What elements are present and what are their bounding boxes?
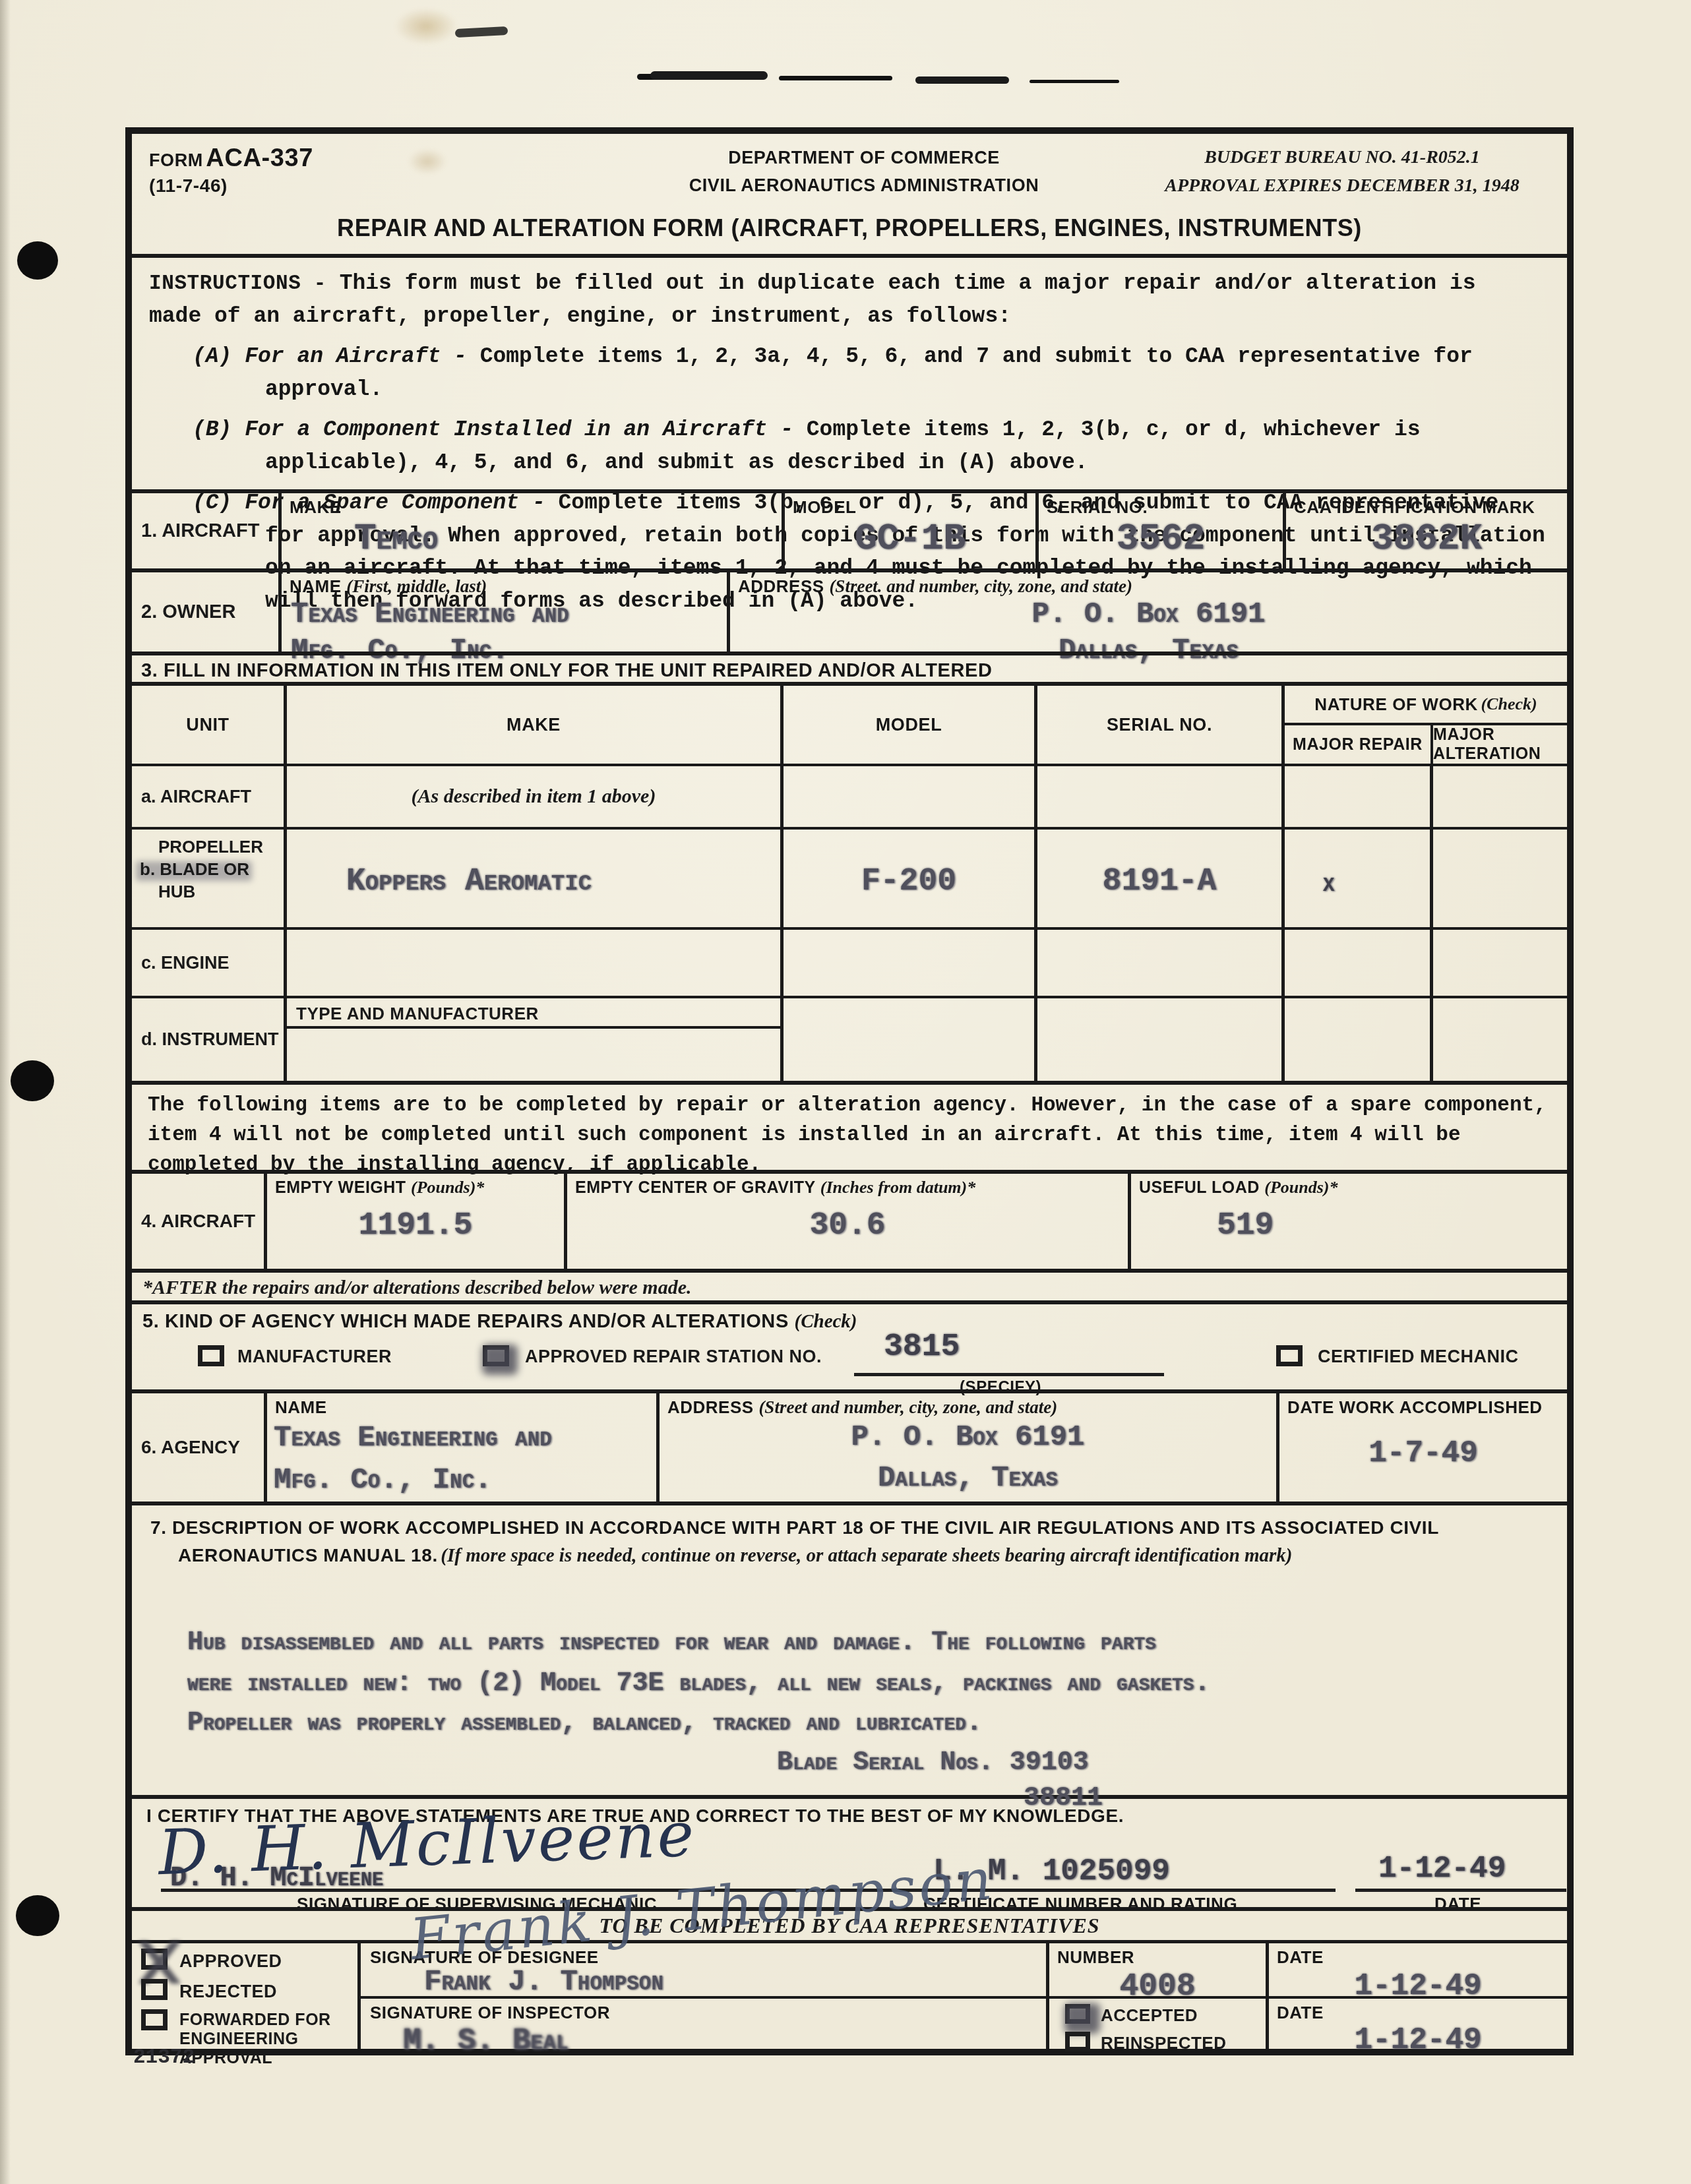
caa-number-column: NUMBER 4008 ACCEPTED REINSPECTED: [1046, 1943, 1266, 2049]
repair-station-label: APPROVED REPAIR STATION NO.: [525, 1347, 822, 1367]
work-line2: were installed new: two (2) Model 73E bl…: [187, 1669, 1210, 1699]
owner-address-label: ADDRESS (Street. and number, city, zone,…: [730, 572, 1567, 597]
table-row-propeller: PROPELLER b. BLADE OR HUB Koppers Aeroma…: [132, 827, 1567, 927]
row-b-model-cell: F-200: [780, 830, 1034, 927]
item2-label: 2. OWNER: [132, 572, 278, 652]
date-work-accomplished-cell: DATE WORK ACCOMPLISHED 1-7-49: [1276, 1393, 1567, 1501]
item4-label: 4. AIRCRAFT: [132, 1174, 264, 1269]
manufacturer-label: MANUFACTURER: [237, 1347, 392, 1367]
rejected-label: REJECTED: [179, 1982, 277, 2002]
form-title: REPAIR AND ALTERATION FORM (AIRCRAFT, PR…: [132, 214, 1567, 242]
work-line5: 38811: [1024, 1784, 1103, 1813]
approved-label: APPROVED: [179, 1951, 282, 1972]
department-block: DEPARTMENT OF COMMERCE CIVIL AERONAUTICS…: [613, 144, 1115, 200]
owner-address-hint: (Street. and number, city, zone, and sta…: [829, 576, 1132, 596]
certify-date-value: 1-12-49: [1378, 1852, 1506, 1886]
nature-of-work-header: NATURE OF WORK (Check): [1285, 686, 1567, 725]
check-mark: [1064, 2003, 1100, 2034]
designee-name-typed: Frank J. Thompson: [424, 1966, 663, 1999]
inspector-cell: SIGNATURE OF INSPECTOR M. S. Beal: [361, 1999, 1046, 2046]
agency-name-label: NAME: [267, 1393, 656, 1418]
accepted-label: ACCEPTED: [1101, 2005, 1198, 2026]
item1-caa-mark-cell: CAA IDENTIFICATION MARK 3862K: [1283, 493, 1567, 568]
useful-load-label: USEFUL LOAD (Pounds)*: [1131, 1174, 1567, 1198]
item2-address-cell: ADDRESS (Street. and number, city, zone,…: [727, 572, 1567, 652]
instructions-label: INSTRUCTIONS -: [149, 272, 326, 295]
check-mark: [135, 1941, 184, 1984]
forwarded-checkbox: [141, 2009, 168, 2030]
accepted-cell: ACCEPTED REINSPECTED: [1049, 1999, 1266, 2046]
date-work-value: 1-7-49: [1279, 1418, 1567, 1471]
inspector-label: SIGNATURE OF INSPECTOR: [361, 1999, 1046, 2023]
col-serial: SERIAL NO.: [1034, 686, 1281, 764]
owner-address-line1: P. O. Box 6191: [730, 597, 1567, 633]
col-make: MAKE: [284, 686, 780, 764]
agency-address-cell: ADDRESS (Street and number, city, zone, …: [656, 1393, 1276, 1501]
empty-weight-label: EMPTY WEIGHT (Pounds)*: [267, 1174, 564, 1198]
item6-agency-row: 6. AGENCY NAME Texas Engineering and Mfg…: [132, 1389, 1567, 1501]
item1-serial-cell: SERIAL NO. 3562: [1035, 493, 1283, 568]
row-b-unit: PROPELLER b. BLADE OR HUB: [132, 830, 284, 927]
scanned-document-page: FORM ACA-337 (11-7-46) DEPARTMENT OF COM…: [0, 0, 1691, 2184]
item3-table: UNIT MAKE MODEL SERIAL NO. NATURE OF WOR…: [132, 682, 1567, 1081]
agency-address-line2: Dallas, Texas: [660, 1459, 1276, 1500]
reinspected-checkbox: [1065, 2032, 1090, 2051]
check-mark: [482, 1345, 518, 1375]
item4-aircraft-row: 4. AIRCRAFT EMPTY WEIGHT (Pounds)* 1191.…: [132, 1170, 1567, 1269]
col-unit: UNIT: [132, 686, 284, 764]
item1-label: 1. AIRCRAFT: [132, 493, 278, 568]
row-b-model: F-200: [784, 830, 1034, 899]
cg-label: EMPTY CENTER OF GRAVITY (Inches from dat…: [567, 1174, 1128, 1198]
budget-line2: APPROVAL EXPIRES DECEMBER 31, 1948: [1124, 171, 1560, 200]
accepted-checkbox: [1065, 2004, 1090, 2024]
certified-mechanic-label: CERTIFIED MECHANIC: [1318, 1347, 1519, 1367]
row-d-make-cell: TYPE AND MANUFACTURER: [284, 998, 780, 1081]
agency-name-cell: NAME Texas Engineering and Mfg. Co., Inc…: [264, 1393, 656, 1501]
caa-body: APPROVED REJECTED FORWARDED FOR ENGINEER…: [132, 1943, 1567, 2049]
budget-block: BUDGET BUREAU NO. 41-R052.1 APPROVAL EXP…: [1124, 143, 1560, 200]
empty-weight-value: 1191.5: [267, 1198, 564, 1244]
row-a-unit: a. AIRCRAFT: [132, 766, 284, 827]
instructions-section: INSTRUCTIONS - This form must be filled …: [132, 254, 1567, 489]
punch-hole: [11, 1060, 54, 1101]
serial-label: SERIAL NO.: [1039, 493, 1283, 518]
rejected-checkbox: [141, 1979, 168, 2000]
ink-mark: [915, 76, 1009, 84]
table-row-instrument: d. INSTRUMENT TYPE AND MANUFACTURER: [132, 996, 1567, 1081]
item7-description: 7. DESCRIPTION OF WORK ACCOMPLISHED IN A…: [132, 1501, 1567, 1795]
caa-date-column: DATE 1-12-49 DATE 1-12-49: [1266, 1943, 1567, 2049]
work-line1: Hub disassembled and all parts inspected…: [187, 1628, 1156, 1658]
form-revision: (11-7-46): [149, 175, 313, 197]
table-header-row: UNIT MAKE MODEL SERIAL NO. NATURE OF WOR…: [132, 686, 1567, 764]
page-number-stamp: 21372: [133, 2043, 195, 2074]
make-label: MAKE: [282, 493, 782, 518]
form-number-block: FORM ACA-337 (11-7-46): [149, 144, 313, 197]
instruction-b: (B) For a Component Installed in an Airc…: [149, 413, 1550, 479]
paper-stain: [394, 8, 458, 45]
row-b-serial-cell: 8191-A: [1034, 830, 1281, 927]
date-work-label: DATE WORK ACCOMPLISHED: [1279, 1393, 1567, 1418]
instruction-b-label: (B): [193, 417, 231, 442]
manufacturer-checkbox: [198, 1345, 224, 1366]
model-value: GC-1B: [785, 518, 1035, 560]
date2-cell: DATE 1-12-49: [1269, 1999, 1567, 2046]
model-label: MODEL: [785, 493, 1035, 518]
item5-heading: 5. KIND OF AGENCY WHICH MADE REPAIRS AND…: [142, 1311, 857, 1333]
cg-cell: EMPTY CENTER OF GRAVITY (Inches from dat…: [564, 1174, 1128, 1269]
instructions-intro: This form must be filled out in duplicat…: [149, 271, 1476, 328]
agency-address-label: ADDRESS (Street and number, city, zone, …: [660, 1393, 1276, 1418]
number-cell: NUMBER 4008: [1049, 1943, 1266, 1999]
agency-name-line1: Texas Engineering and: [267, 1418, 656, 1460]
repair-station-underline: [854, 1373, 1164, 1376]
department-line2: CIVIL AERONAUTICS ADMINISTRATION: [613, 172, 1115, 200]
row-a-note: (As described in item 1 above): [284, 766, 780, 827]
empty-weight-cell: EMPTY WEIGHT (Pounds)* 1191.5: [264, 1174, 564, 1269]
date1-value: 1-12-49: [1269, 1968, 1567, 2003]
reinspected-label: REINSPECTED: [1101, 2033, 1226, 2053]
agency-address-line1: P. O. Box 6191: [660, 1418, 1276, 1459]
instruction-a-label: (A): [193, 344, 231, 369]
item7-heading-hint: (If more space is needed, continue on re…: [441, 1545, 1292, 1566]
repair-station-checkbox: [483, 1345, 509, 1366]
date1-label: DATE: [1269, 1943, 1567, 1968]
row-b-make-cell: Koppers Aeromatic: [284, 830, 780, 927]
item1-aircraft-row: 1. AIRCRAFT MAKE Temco MODEL GC-1B SERIA…: [132, 489, 1567, 568]
punch-hole: [16, 1895, 59, 1936]
caa-mark-label: CAA IDENTIFICATION MARK: [1286, 493, 1567, 518]
form-header: FORM ACA-337 (11-7-46) DEPARTMENT OF COM…: [132, 134, 1567, 254]
caa-checkbox-column: APPROVED REJECTED FORWARDED FOR ENGINEER…: [132, 1943, 357, 2049]
number-label: NUMBER: [1049, 1943, 1266, 1968]
instruction-a-title: For an Aircraft -: [245, 344, 467, 369]
certified-mechanic-checkbox: [1276, 1345, 1303, 1366]
row-c-unit: c. ENGINE: [132, 930, 284, 996]
inspector-name-typed: M. S. Beal: [403, 2024, 569, 2058]
useful-load-value: 519: [1131, 1198, 1567, 1244]
spare-component-note: The following items are to be completed …: [132, 1081, 1567, 1170]
instruction-a: (A) For an Aircraft - Complete items 1, …: [149, 340, 1550, 406]
repair-station-number: 3815: [884, 1329, 960, 1365]
department-line1: DEPARTMENT OF COMMERCE: [613, 144, 1115, 172]
aca-337-form: FORM ACA-337 (11-7-46) DEPARTMENT OF COM…: [125, 127, 1574, 2055]
date2-label: DATE: [1269, 1999, 1567, 2023]
item3-heading: 3. FILL IN INFORMATION IN THIS ITEM ONLY…: [132, 652, 1567, 682]
instruction-b-title: For a Component Installed in an Aircraft…: [245, 417, 793, 442]
table-row-engine: c. ENGINE: [132, 927, 1567, 996]
form-number: ACA-337: [206, 144, 313, 172]
item5-agency-kind: 5. KIND OF AGENCY WHICH MADE REPAIRS AND…: [132, 1300, 1567, 1389]
owner-name-line1: Texas Engineering and: [282, 597, 727, 633]
item2-owner-row: 2. OWNER NAME (First, middle, last) Texa…: [132, 568, 1567, 652]
item2-name-cell: NAME (First, middle, last) Texas Enginee…: [278, 572, 727, 652]
make-value: Temco: [282, 518, 782, 560]
type-and-manufacturer-header: TYPE AND MANUFACTURER: [287, 998, 780, 1029]
certify-date-line: [1355, 1889, 1566, 1892]
after-repairs-footnote: *AFTER the repairs and/or alterations de…: [132, 1269, 1567, 1300]
owner-name-label: NAME (First, middle, last): [282, 572, 727, 597]
caa-mark-value: 3862K: [1286, 518, 1567, 560]
date1-cell: DATE 1-12-49: [1269, 1943, 1567, 1999]
date2-value: 1-12-49: [1269, 2023, 1567, 2057]
budget-line1: BUDGET BUREAU NO. 41-R052.1: [1124, 143, 1560, 171]
forwarded-label: FORWARDED FOR ENGINEERING APPROVAL: [179, 2011, 331, 2067]
item7-heading: 7. DESCRIPTION OF WORK ACCOMPLISHED IN A…: [132, 1505, 1497, 1569]
row-b-serial: 8191-A: [1037, 830, 1281, 899]
form-label: FORM: [149, 150, 203, 170]
col-model: MODEL: [780, 686, 1034, 764]
item6-label: 6. AGENCY: [132, 1393, 264, 1501]
row-d-unit: d. INSTRUMENT: [132, 998, 284, 1081]
caa-section: Frank J. Thompson TO BE COMPLETED BY CAA…: [132, 1907, 1567, 2049]
col-major-repair: MAJOR REPAIR: [1285, 725, 1433, 764]
table-row-aircraft: a. AIRCRAFT (As described in item 1 abov…: [132, 764, 1567, 827]
col-major-alteration: MAJOR ALTERATION: [1433, 725, 1567, 764]
work-line4: Blade Serial Nos. 39103: [777, 1748, 1089, 1778]
serial-value: 3562: [1039, 518, 1283, 560]
owner-name-hint: (First, middle, last): [346, 576, 487, 596]
row-b-make: Koppers Aeromatic: [287, 830, 780, 899]
work-line3: Propeller was properly assembled, balanc…: [187, 1709, 982, 1738]
approved-checkbox: [141, 1949, 168, 1970]
punch-hole: [17, 241, 58, 280]
row-b-major-repair-cell: x: [1281, 830, 1430, 927]
nature-subcols: MAJOR REPAIR MAJOR ALTERATION: [1285, 725, 1567, 764]
agency-name-line2: Mfg. Co., Inc.: [267, 1460, 656, 1502]
cg-value: 30.6: [567, 1198, 1128, 1244]
useful-load-cell: USEFUL LOAD (Pounds)* 519: [1128, 1174, 1567, 1269]
item1-model-cell: MODEL GC-1B: [782, 493, 1035, 568]
row-b-major-repair-mark: x: [1285, 830, 1430, 899]
item1-make-cell: MAKE Temco: [278, 493, 782, 568]
col-nature-of-work: NATURE OF WORK (Check) MAJOR REPAIR MAJO…: [1281, 686, 1567, 764]
ink-mark: [455, 26, 508, 38]
ink-mark: [650, 71, 768, 80]
